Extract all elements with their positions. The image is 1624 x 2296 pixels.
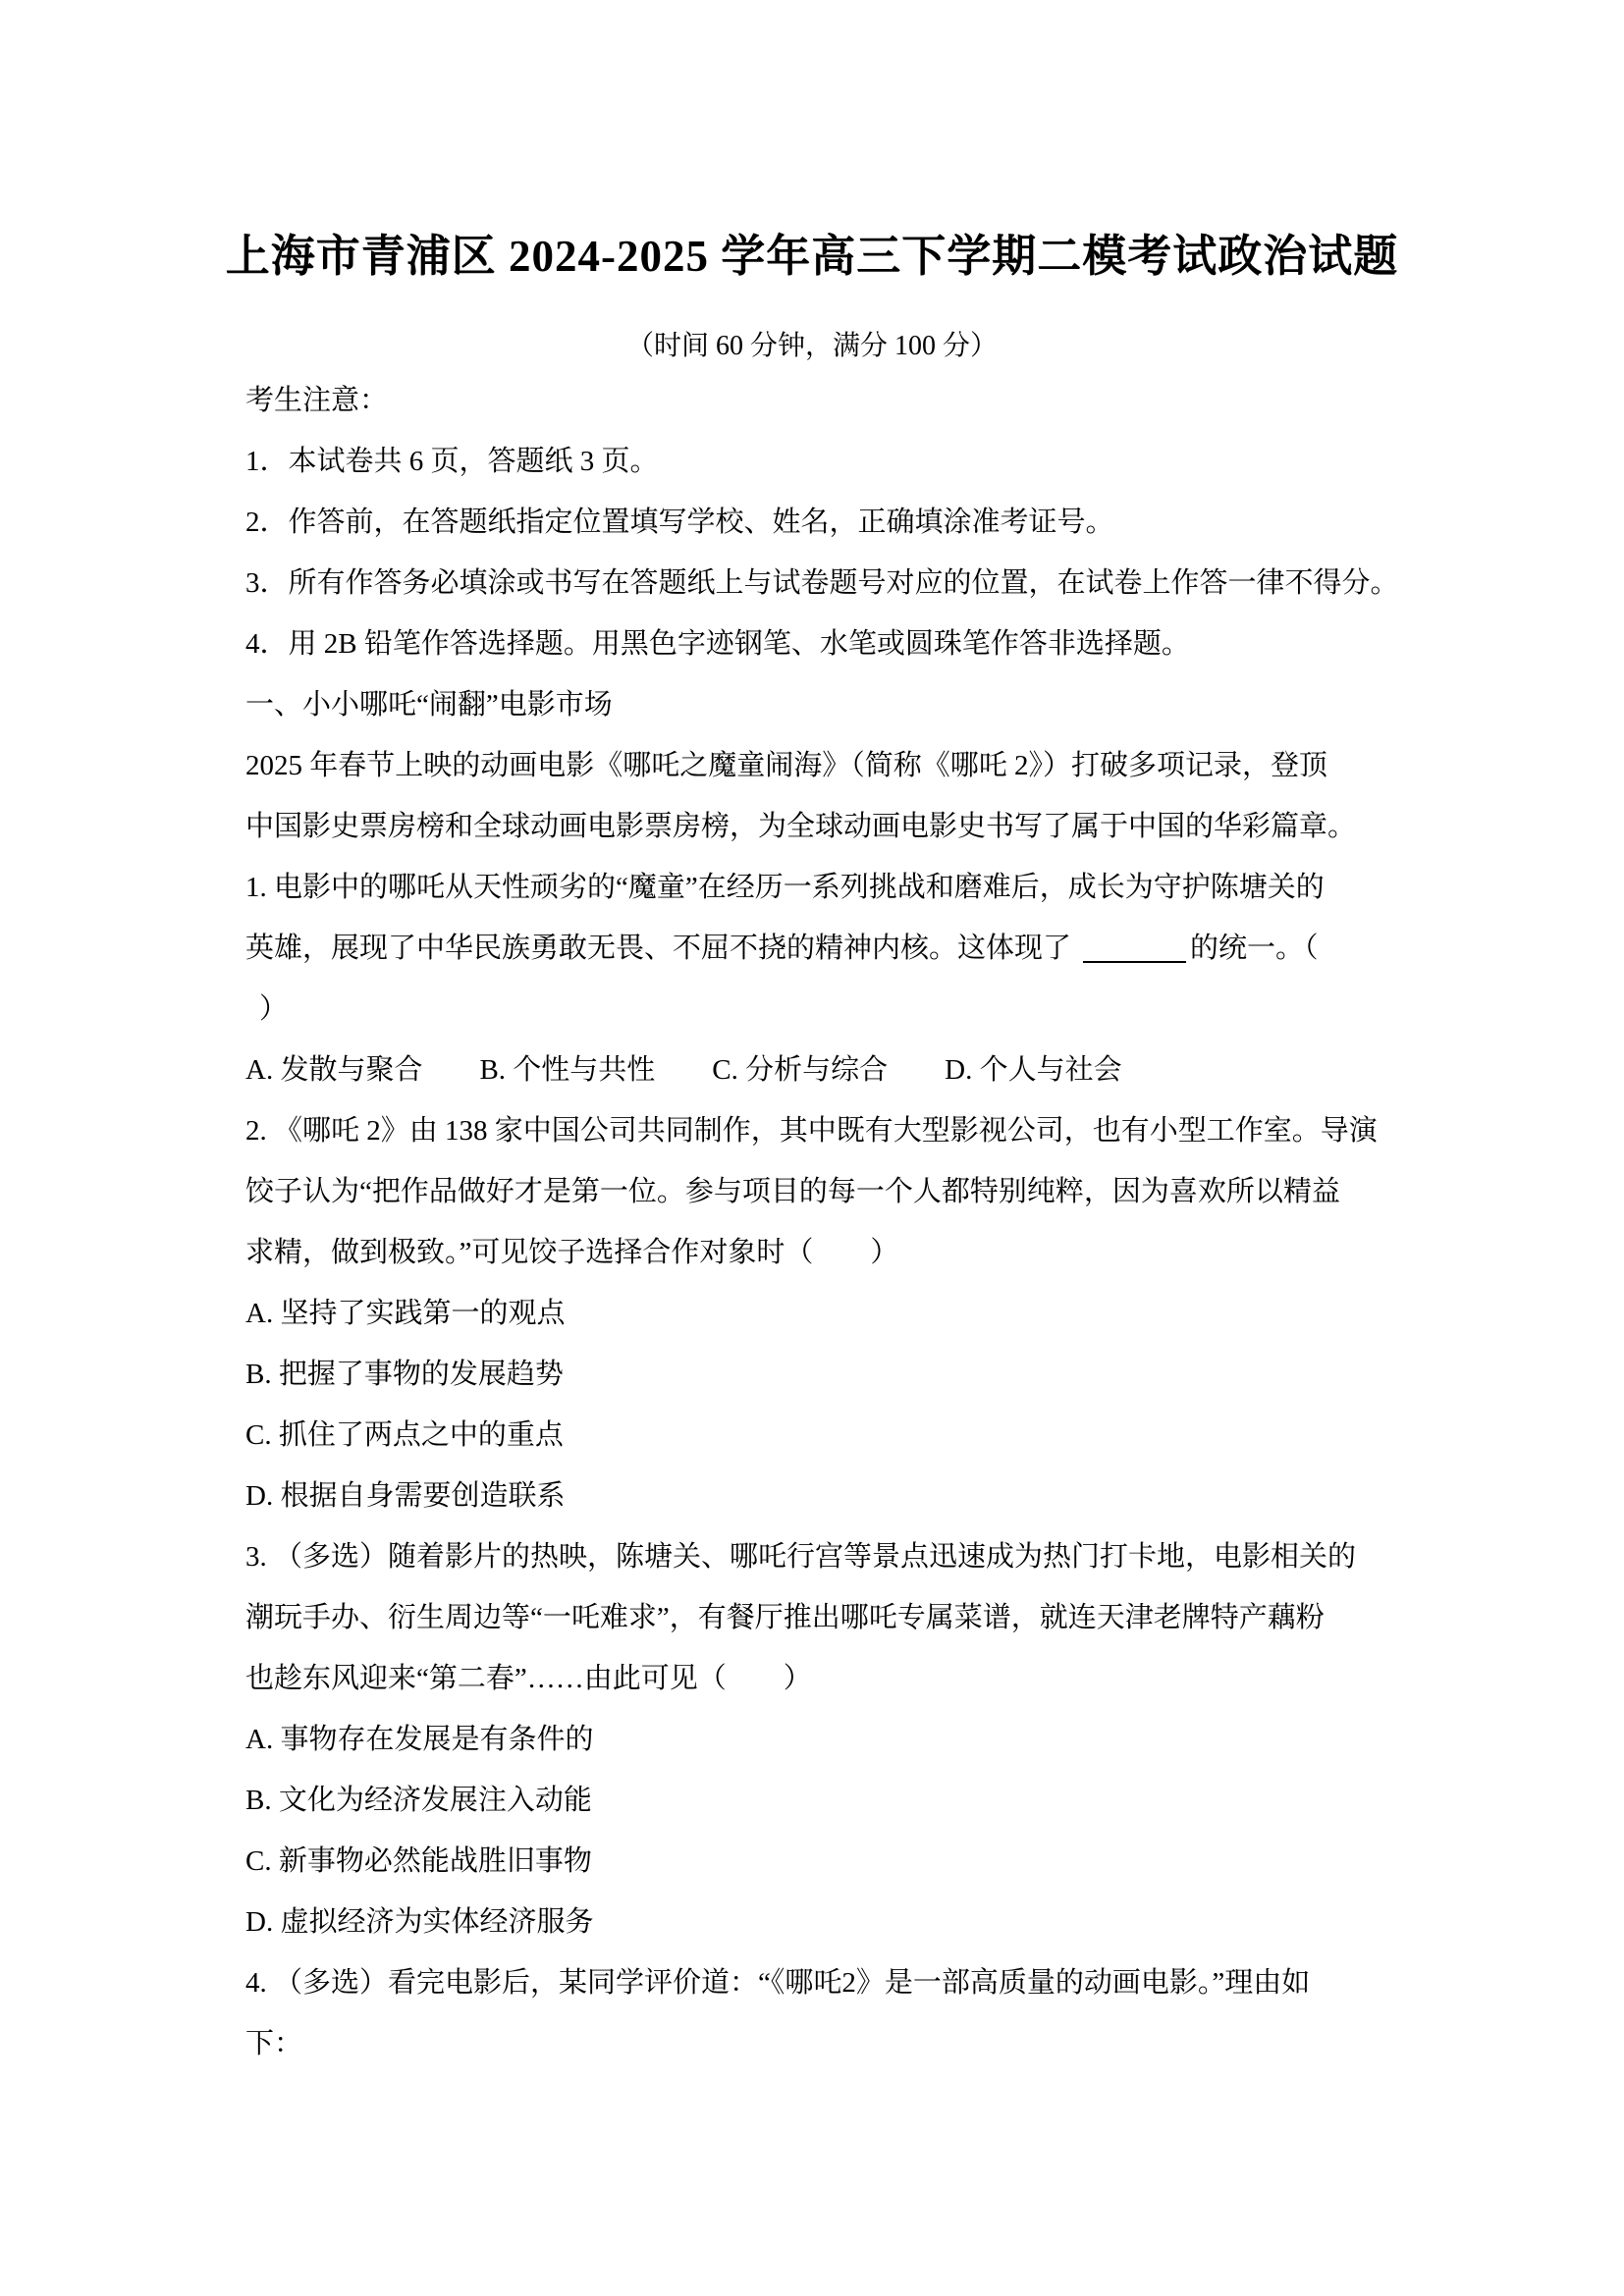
q1-blank-before-text: 英雄，展现了中华民族勇敢无畏、不屈不挠的精神内核。这体现了: [245, 933, 1071, 964]
notice-item-1: 1．本试卷共 6 页，答题纸 3 页。: [245, 431, 1394, 492]
q2-stem-line-2: 饺子认为“把作品做好才是第一位。参与项目的每一个人都特别纯粹，因为喜欢所以精益: [245, 1161, 1394, 1222]
notice-item-3: 3．所有作答务必填涂或书写在答题纸上与试卷题号对应的位置，在试卷上作答一律不得分…: [245, 553, 1394, 614]
q3-option-a: A. 事物存在发展是有条件的: [245, 1709, 1394, 1770]
q2-option-b: B. 把握了事物的发展趋势: [245, 1344, 1394, 1405]
q2-option-c: C. 抓住了两点之中的重点: [245, 1405, 1394, 1466]
document-body: 考生注意： 1．本试卷共 6 页，答题纸 3 页。 2．作答前，在答题纸指定位置…: [245, 370, 1394, 2074]
notice-heading: 考生注意：: [245, 370, 1394, 431]
exam-time-score-note: （时间 60 分钟，满分 100 分）: [0, 327, 1624, 366]
q3-option-d: D. 虚拟经济为实体经济服务: [245, 1892, 1394, 1952]
q4-stem-line-2: 下：: [245, 2013, 1394, 2074]
q1-blank-after-text: 的统一。（: [1190, 933, 1319, 964]
q3-stem-line-3: 也趁东风迎来“第二春”……由此可见（ ）: [245, 1648, 1394, 1709]
section1-intro-line-1: 2025 年春节上映的动画电影《哪吒之魔童闹海》（简称《哪吒 2》）打破多项记录…: [245, 735, 1394, 796]
page-title: 上海市青浦区 2024-2025 学年高三下学期二模考试政治试题: [0, 230, 1624, 283]
q4-stem-line-1: 4. （多选）看完电影后，某同学评价道：“《哪吒2》是一部高质量的动画电影。”理…: [245, 1952, 1394, 2013]
q1-answer-blank: [1083, 959, 1186, 963]
q3-stem-line-2: 潮玩手办、衍生周边等“一吒难求”，有餐厅推出哪吒专属菜谱，就连天津老牌特产藕粉: [245, 1587, 1394, 1648]
section1-heading: 一、小小哪吒“闹翻”电影市场: [245, 674, 1394, 735]
q3-option-b: B. 文化为经济发展注入动能: [245, 1770, 1394, 1831]
q1-options-line: A. 发散与聚合 B. 个性与共性 C. 分析与综合 D. 个人与社会: [245, 1040, 1394, 1100]
q3-option-c: C. 新事物必然能战胜旧事物: [245, 1831, 1394, 1892]
notice-item-4: 4．用 2B 铅笔作答选择题。用黑色字迹钢笔、水笔或圆珠笔作答非选择题。: [245, 614, 1394, 674]
q2-option-d: D. 根据自身需要创造联系: [245, 1466, 1394, 1526]
q1-close-paren: ）: [245, 979, 1394, 1040]
q2-option-a: A. 坚持了实践第一的观点: [245, 1283, 1394, 1344]
q2-stem-line-3: 求精，做到极致。”可见饺子选择合作对象时（ ）: [245, 1222, 1394, 1283]
section1-intro-line-2: 中国影史票房榜和全球动画电影票房榜，为全球动画电影史书写了属于中国的华彩篇章。: [245, 796, 1394, 857]
notice-item-2: 2．作答前，在答题纸指定位置填写学校、姓名，正确填涂准考证号。: [245, 492, 1394, 553]
q3-stem-line-1: 3. （多选）随着影片的热映，陈塘关、哪吒行宫等景点迅速成为热门打卡地，电影相关…: [245, 1526, 1394, 1587]
exam-paper-page: 上海市青浦区 2024-2025 学年高三下学期二模考试政治试题 （时间 60 …: [0, 0, 1624, 2296]
q1-stem-line-1: 1. 电影中的哪吒从天性顽劣的“魔童”在经历一系列挑战和磨难后，成长为守护陈塘关…: [245, 857, 1394, 918]
q2-stem-line-1: 2. 《哪吒 2》由 138 家中国公司共同制作，其中既有大型影视公司，也有小型…: [245, 1100, 1394, 1161]
q1-stem-line-2: 英雄，展现了中华民族勇敢无畏、不屈不挠的精神内核。这体现了的统一。（: [245, 918, 1394, 979]
